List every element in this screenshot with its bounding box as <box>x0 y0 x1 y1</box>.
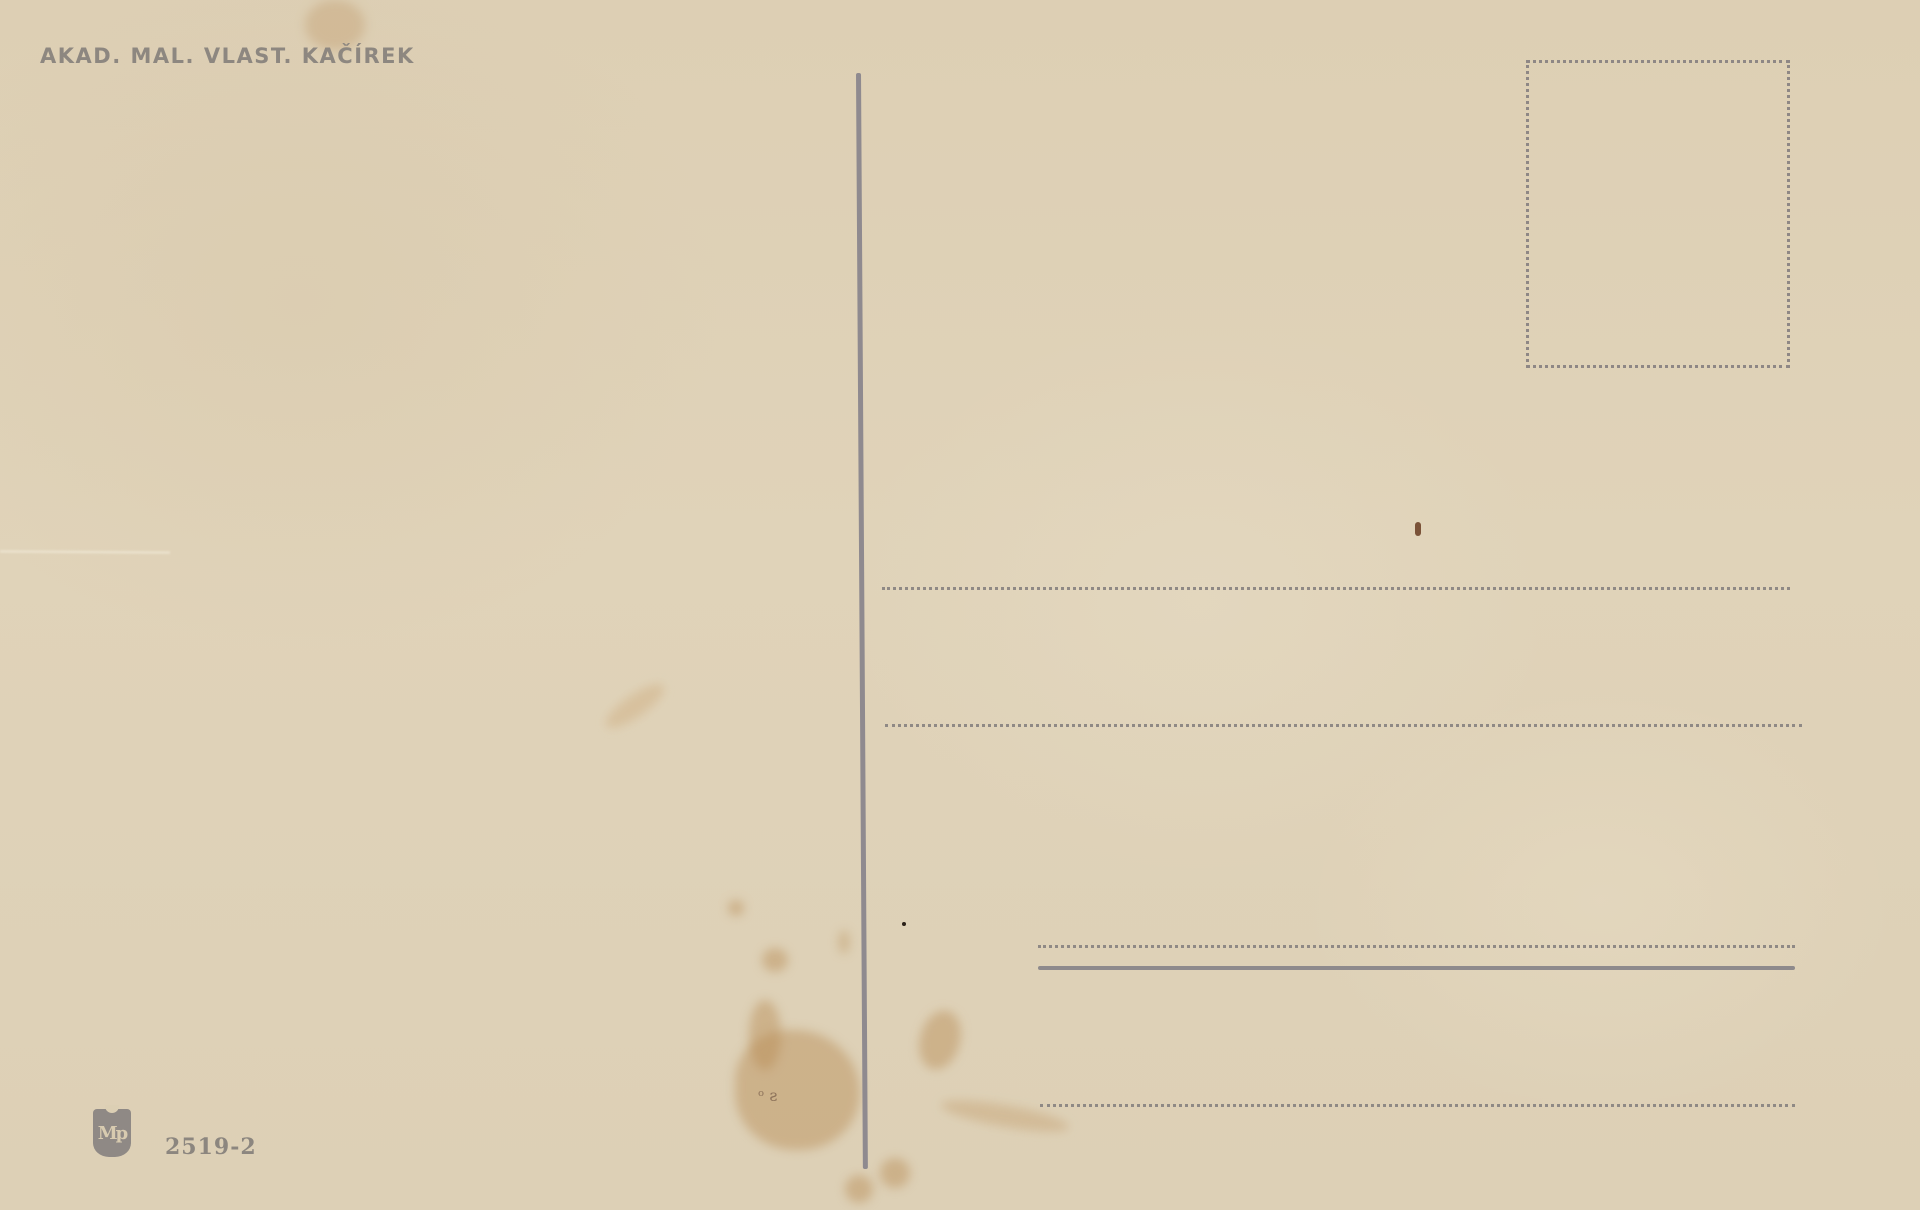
stain-smear-right <box>939 1094 1071 1138</box>
handwriting-mark: ᵒ ƨ <box>758 1086 777 1105</box>
stain-small-right <box>913 1006 967 1074</box>
ink-speck <box>1415 522 1421 536</box>
address-line-solid <box>1038 966 1795 970</box>
stamp-box <box>1526 60 1790 368</box>
postcard-back: ᵒ ƨ AKAD. MAL. VLAST. KAČÍREK Mp 2519-2 <box>0 0 1920 1210</box>
artist-credit: AKAD. MAL. VLAST. KAČÍREK <box>40 44 415 68</box>
address-line-2 <box>885 724 1802 727</box>
paper-crease <box>0 550 170 553</box>
stain-large <box>735 1030 860 1150</box>
stain-dot-1 <box>728 900 744 916</box>
stain-dot-2 <box>762 948 788 972</box>
stain-near-divider <box>838 930 850 954</box>
address-line-3 <box>1038 945 1795 948</box>
address-line-4 <box>1040 1104 1795 1107</box>
dirt-speck <box>902 922 906 926</box>
publisher-logo-text: Mp <box>98 1123 127 1144</box>
publisher-logo-icon: Mp <box>93 1109 131 1157</box>
stain-top-left <box>305 0 365 50</box>
stain-bottom-2 <box>845 1175 873 1203</box>
address-line-1 <box>882 587 1790 590</box>
vertical-divider <box>856 73 868 1169</box>
stain-streak <box>600 677 670 735</box>
catalog-number: 2519-2 <box>165 1134 257 1160</box>
stain-bottom-1 <box>880 1158 910 1188</box>
